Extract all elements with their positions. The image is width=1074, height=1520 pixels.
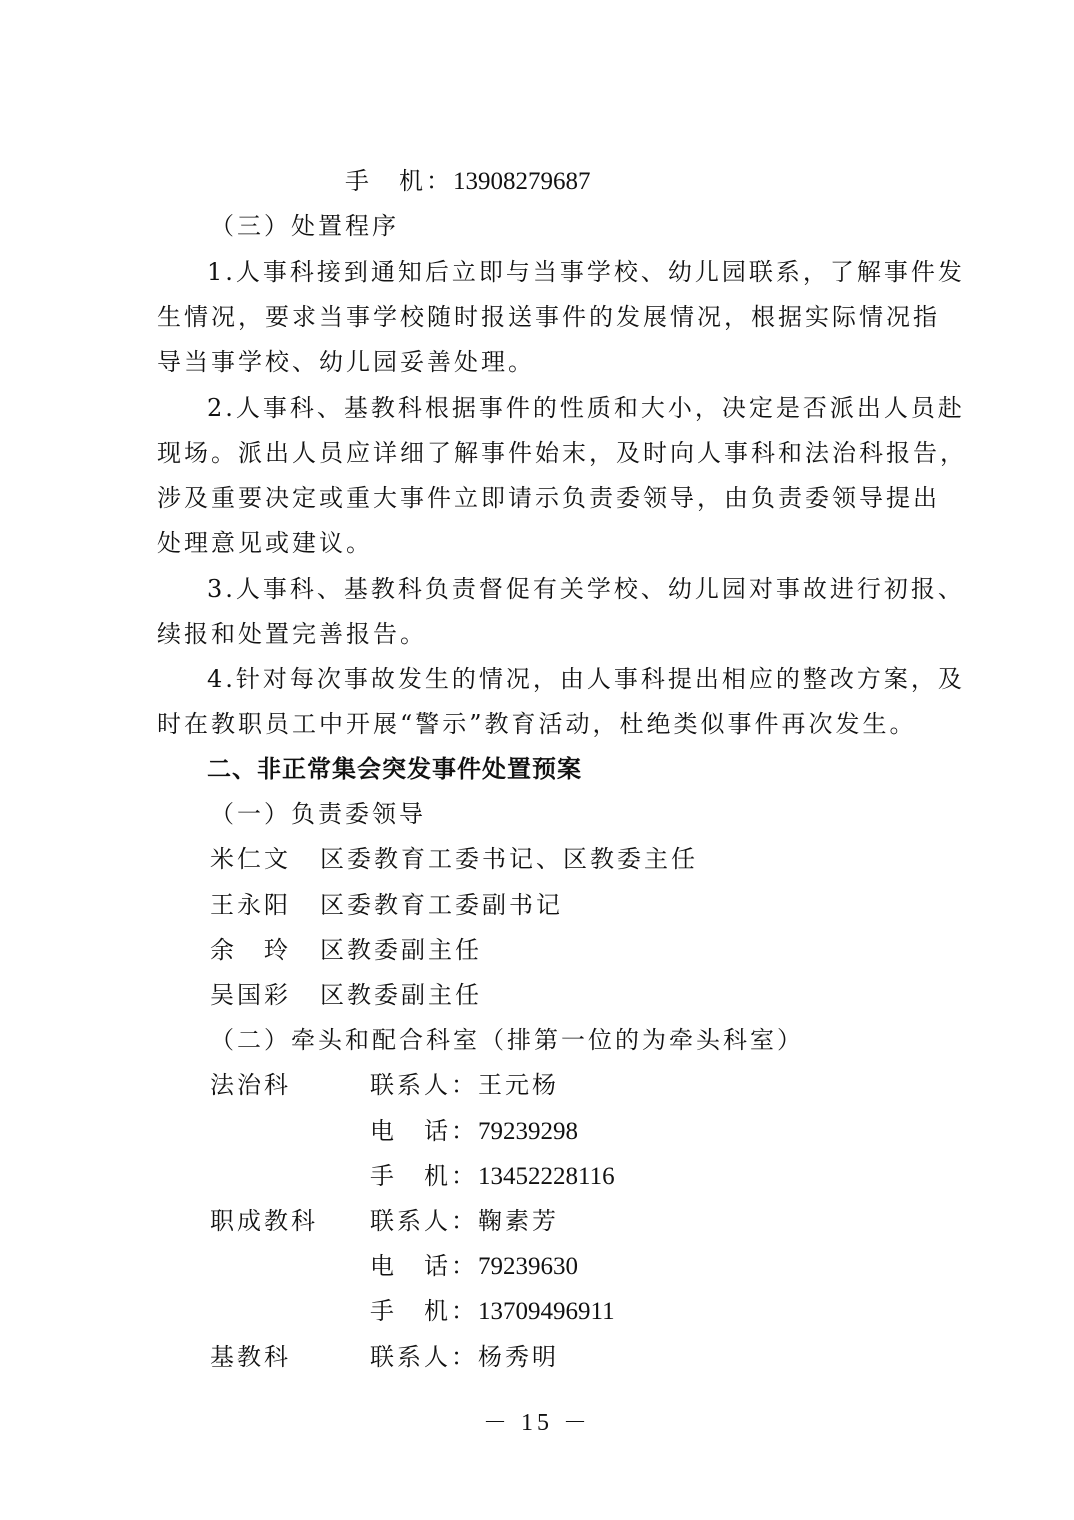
subheading-departments: （二）牵头和配合科室（排第一位的为牵头科室） — [210, 1025, 804, 1055]
leader-name: 王永阳 — [210, 890, 291, 920]
leader-name: 吴国彩 — [210, 980, 291, 1010]
phone-number: 79239298 — [478, 1118, 578, 1145]
contact-label: 联系人： — [370, 1071, 478, 1099]
contact-label: 联系人： — [370, 1207, 478, 1235]
section-heading-procedure: （三）处置程序 — [210, 211, 399, 241]
leader-name: 米仁文 — [210, 844, 291, 874]
phone-line: 电 话：79239630 — [370, 1251, 578, 1282]
mobile-number: 13908279687 — [453, 168, 591, 195]
contact-line: 联系人：鞠素芳 — [370, 1206, 559, 1236]
procedure-item-2-line-1: 2.人事科、基教科根据事件的性质和大小，决定是否派出人员赴 — [207, 393, 965, 423]
procedure-item-2-line-3: 涉及重要决定或重大事件立即请示负责委领导，由负责委领导提出 — [157, 483, 940, 513]
leader-title: 区委教育工委副书记 — [320, 890, 563, 920]
document-page: 手 机：13908279687 （三）处置程序 1.人事科接到通知后立即与当事学… — [0, 0, 1074, 1520]
page-number: － 15 － — [0, 1402, 1074, 1437]
leader-name: 余 玲 — [210, 935, 291, 965]
procedure-item-2-line-2: 现场。派出人员应详细了解事件始末，及时向人事科和法治科报告， — [157, 438, 967, 468]
procedure-item-3-line-1: 3.人事科、基教科负责督促有关学校、幼儿园对事故进行初报、 — [207, 574, 965, 604]
procedure-item-2-line-4: 处理意见或建议。 — [157, 528, 373, 558]
procedure-item-1-line-3: 导当事学校、幼儿园妥善处理。 — [157, 347, 535, 377]
contact-name: 鞠素芳 — [478, 1207, 559, 1235]
mobile-line: 手 机：13452228116 — [370, 1161, 615, 1192]
contact-line: 联系人：杨秀明 — [370, 1342, 559, 1372]
phone-line: 电 话：79239298 — [370, 1116, 578, 1147]
phone-number: 79239630 — [478, 1253, 578, 1280]
mobile-label: 手 机： — [345, 167, 453, 195]
mobile-line: 手 机：13709496911 — [370, 1296, 615, 1327]
section-heading-abnormal-assembly: 二、非正常集会突发事件处置预案 — [207, 754, 582, 784]
procedure-item-1-line-1: 1.人事科接到通知后立即与当事学校、幼儿园联系，了解事件发 — [207, 257, 965, 287]
procedure-item-3-line-2: 续报和处置完善报告。 — [157, 619, 427, 649]
procedure-item-4-line-2: 时在教职员工中开展“警示”教育活动，杜绝类似事件再次发生。 — [157, 709, 917, 739]
phone-label: 电 话： — [370, 1117, 478, 1145]
top-mobile-line: 手 机：13908279687 — [345, 166, 591, 197]
contact-name: 王元杨 — [478, 1071, 559, 1099]
leader-title: 区教委副主任 — [320, 980, 482, 1010]
mobile-number: 13452228116 — [478, 1163, 615, 1190]
contact-label: 联系人： — [370, 1343, 478, 1371]
department-name: 法治科 — [210, 1070, 291, 1100]
subheading-leaders: （一）负责委领导 — [210, 799, 426, 829]
mobile-label: 手 机： — [370, 1297, 478, 1325]
contact-line: 联系人：王元杨 — [370, 1070, 559, 1100]
procedure-item-4-line-1: 4.针对每次事故发生的情况，由人事科提出相应的整改方案，及 — [207, 664, 965, 694]
department-name: 基教科 — [210, 1342, 291, 1372]
contact-name: 杨秀明 — [478, 1343, 559, 1371]
mobile-number: 13709496911 — [478, 1298, 615, 1325]
phone-label: 电 话： — [370, 1252, 478, 1280]
department-name: 职成教科 — [210, 1206, 318, 1236]
leader-title: 区委教育工委书记、区教委主任 — [320, 844, 698, 874]
leader-title: 区教委副主任 — [320, 935, 482, 965]
procedure-item-1-line-2: 生情况，要求当事学校随时报送事件的发展情况，根据实际情况指 — [157, 302, 940, 332]
mobile-label: 手 机： — [370, 1162, 478, 1190]
